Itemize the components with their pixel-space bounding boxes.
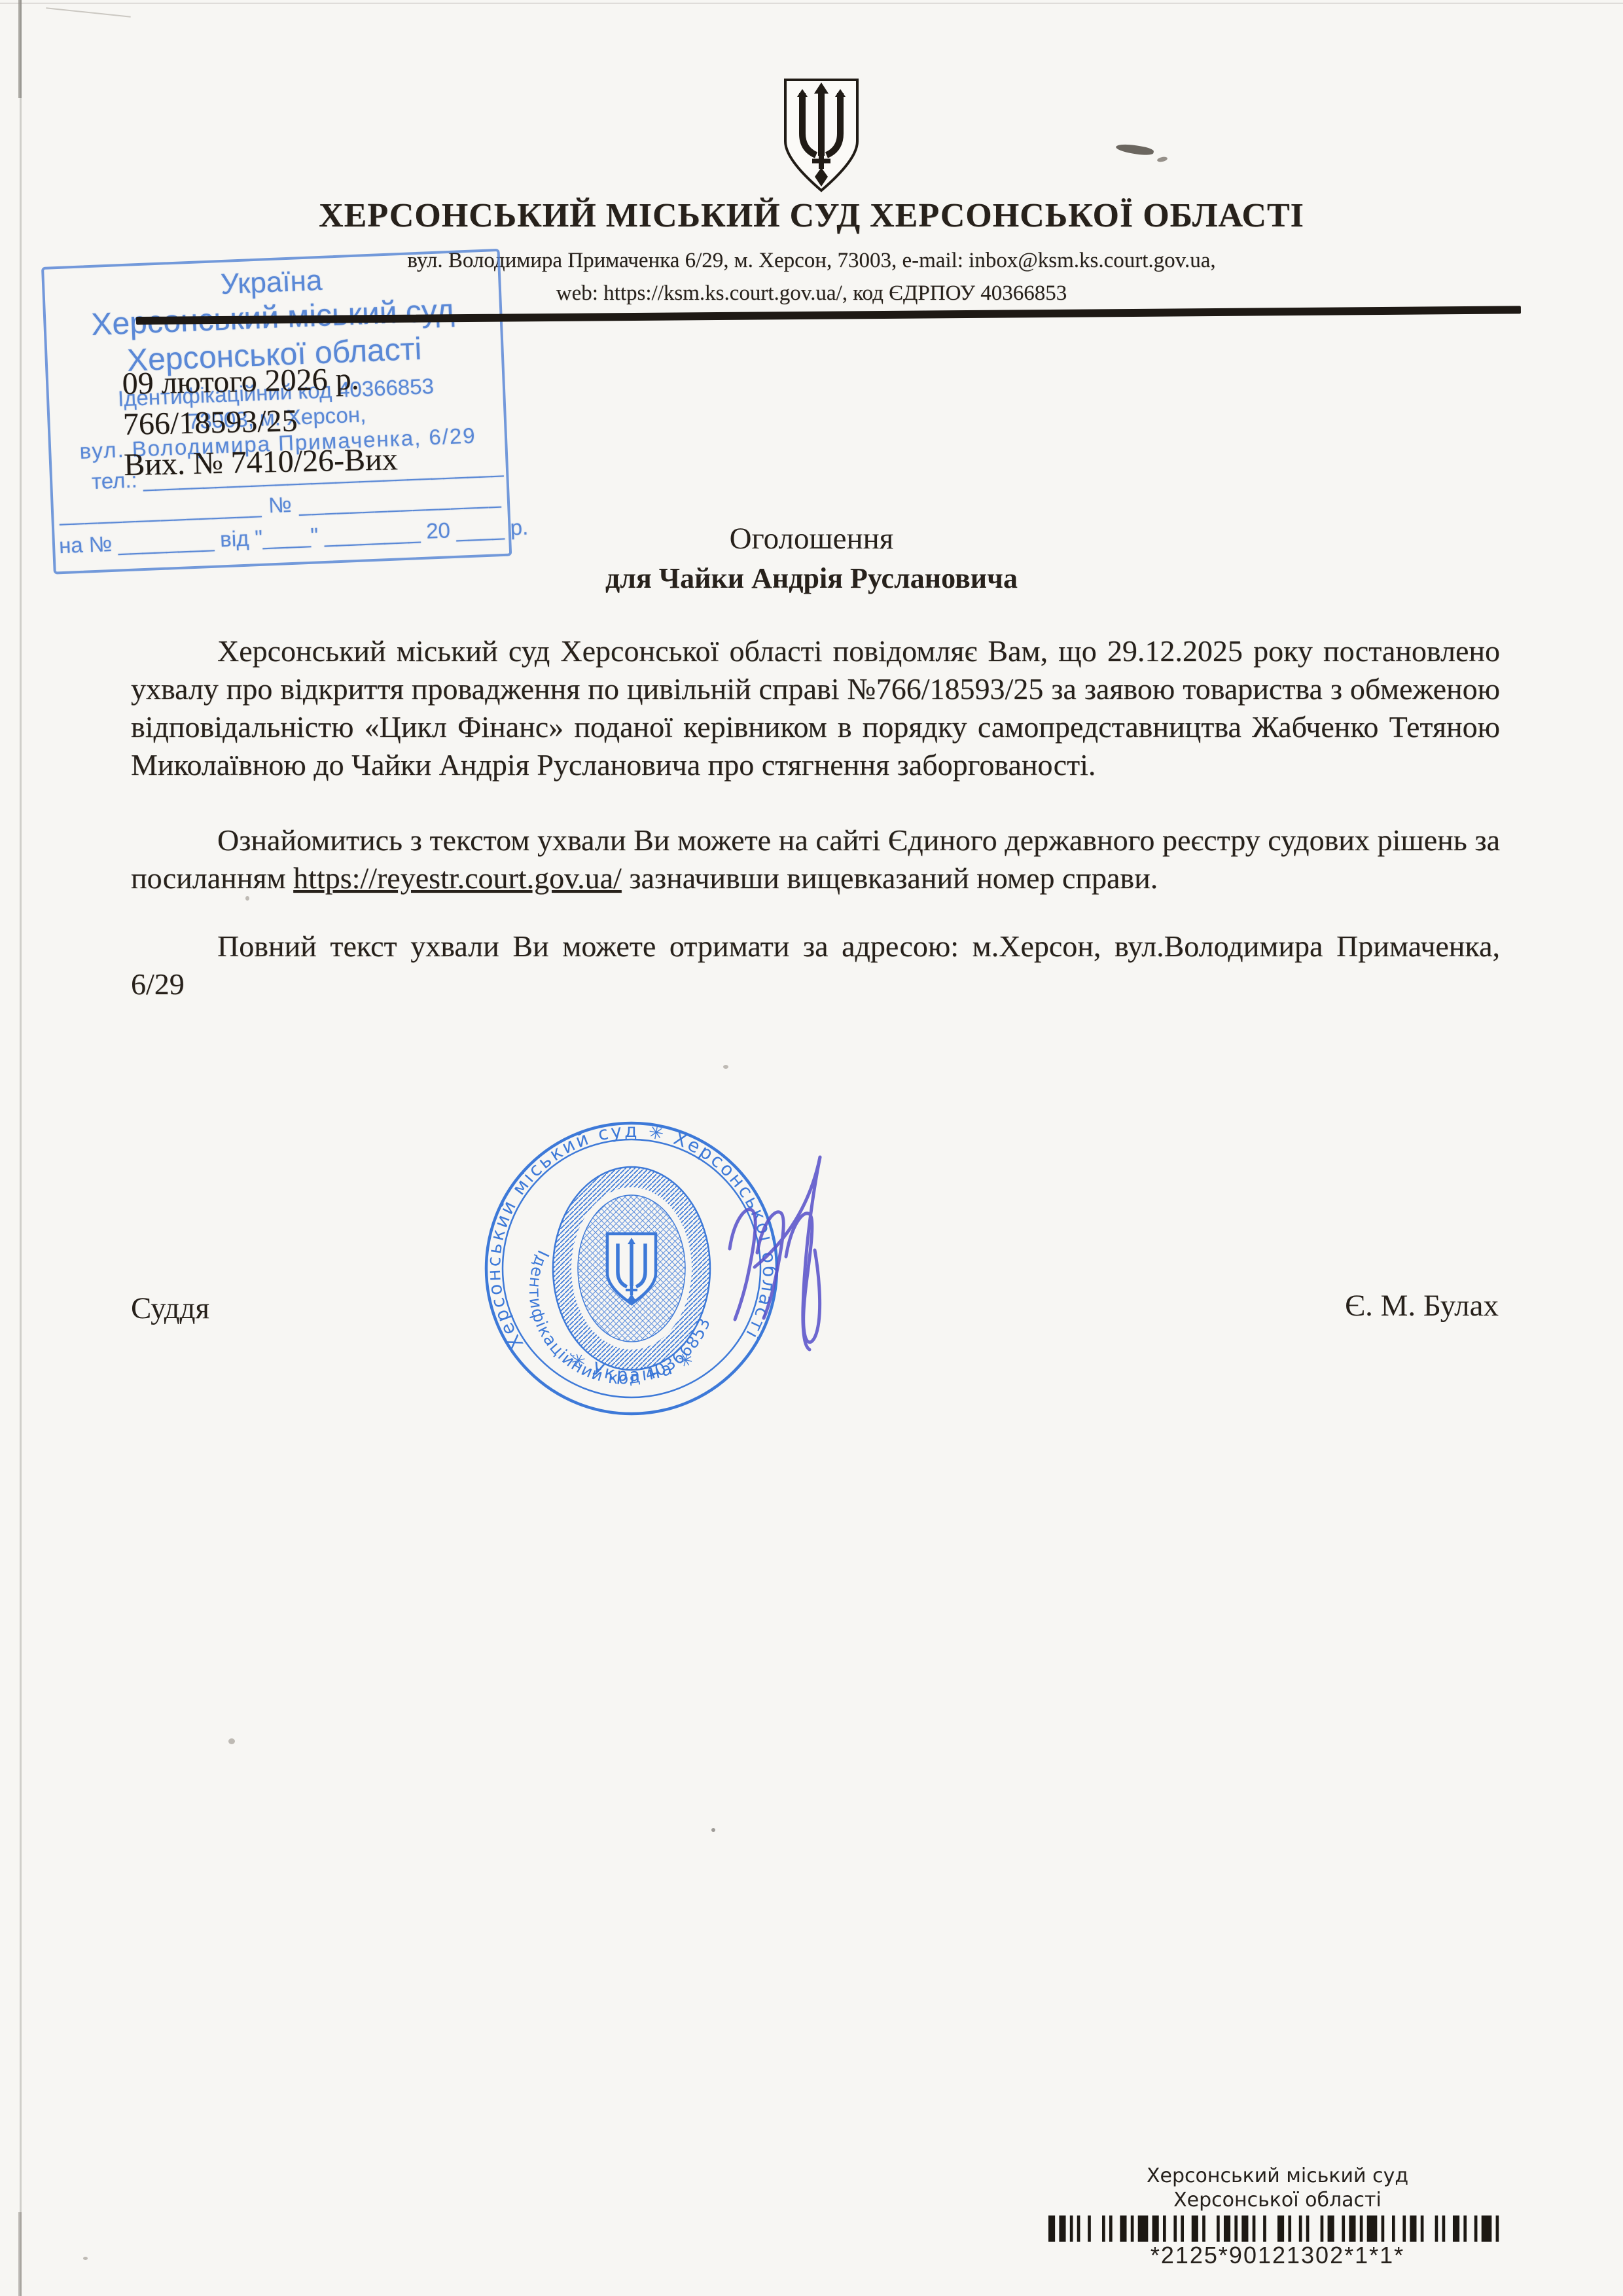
scanned-court-document: ХЕРСОНСЬКИЙ МІСЬКИЙ СУД ХЕРСОНСЬКОЇ ОБЛА…	[0, 0, 1623, 2296]
scan-edge-artifact	[20, 0, 22, 2296]
ukraine-trident-emblem	[780, 77, 863, 195]
document-body: Херсонський міський суд Херсонської обла…	[131, 632, 1500, 1003]
judge-label: Суддя	[131, 1291, 209, 1326]
scan-edge-artifact	[18, 2212, 22, 2296]
paragraph-notice: Херсонський міський суд Херсонської обла…	[131, 632, 1500, 784]
scan-edge-artifact	[18, 0, 22, 98]
scan-speck	[83, 2257, 88, 2260]
outgoing-number: Вих. № 7410/26-Вих	[124, 439, 399, 486]
case-number: 766/18593/25	[122, 399, 397, 445]
judge-name: Є. М. Булах	[1237, 1288, 1499, 1323]
judge-signature	[717, 1144, 933, 1354]
registry-url: https://reyestr.court.gov.ua/	[293, 861, 622, 895]
ink-smudge	[1115, 143, 1154, 157]
scan-speck	[228, 1738, 235, 1744]
scan-speck	[723, 1065, 728, 1069]
footer-barcode-block: Херсонський міський суд Херсонської обла…	[1016, 2164, 1539, 2269]
scan-speck	[711, 1828, 715, 1832]
registration-date: 09 лютого 2026 р.	[122, 358, 397, 404]
paragraph-address: Повний текст ухвали Ви можете отримати з…	[131, 927, 1500, 1003]
court-name-heading: ХЕРСОНСЬКИЙ МІСЬКИЙ СУД ХЕРСОНСЬКОЇ ОБЛА…	[0, 196, 1623, 235]
scan-edge-artifact	[0, 3, 1623, 4]
scan-scratch	[46, 7, 130, 18]
paragraph-registry-tail: зазначивши вищевказаний номер справи.	[622, 861, 1158, 895]
registration-meta-block: 09 лютого 2026 р. 766/18593/25 Вих. № 74…	[122, 358, 398, 486]
paragraph-registry: Ознайомитись з текстом ухвали Ви можете …	[131, 821, 1500, 897]
document-barcode	[1048, 2215, 1507, 2242]
barcode-number: *2125*90121302*1*1*	[1016, 2242, 1539, 2269]
ink-smudge	[1156, 156, 1168, 162]
footer-court-line1: Херсонський міський суд	[1016, 2164, 1539, 2188]
footer-court-line2: Херсонської області	[1016, 2188, 1539, 2212]
